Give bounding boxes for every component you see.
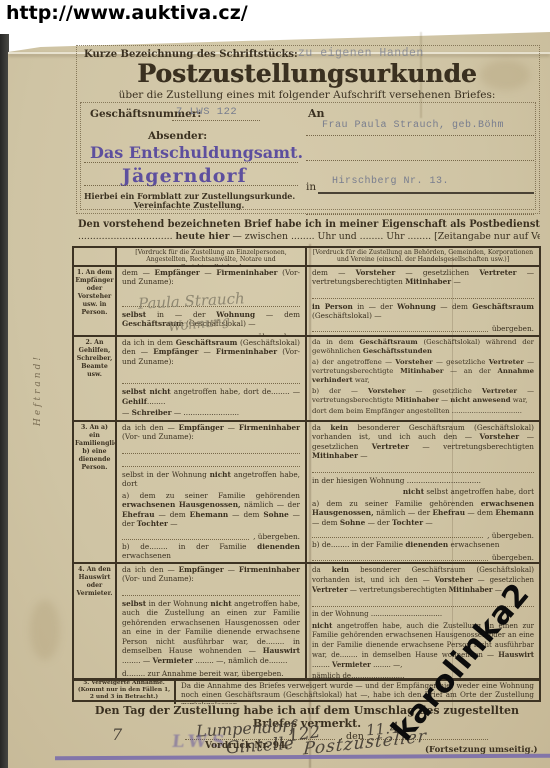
row4-left-c: d........ zur Annahme bereit war, überge… [122,669,300,678]
row3-left-d: b) de........ in der Familie dienenden e… [122,542,300,561]
row3-right-b: in der hiesigen Wohnung ................… [312,476,534,485]
row1-right-a: dem — Vorsteher — gesetzlichen Vertreter… [312,268,534,287]
row3-right-c: nicht selbst angetroffen habe, dort [312,487,534,496]
row3-label: 3. An a) ein Familienglied, b) eine dien… [74,420,115,562]
row2-right-a: da in dem Geschäftsraum (Geschäftslokal)… [312,338,534,356]
fill-line [312,463,534,473]
fill-line [122,586,300,596]
fill-line [312,289,534,299]
row3-right-a: da kein besonderer Geschäftsraum (Geschä… [312,423,534,461]
row1-right-b: in Person in — der Wohnung — dem Geschäf… [312,302,534,321]
row2-left-c: — Schreiber — ........................ [122,408,300,417]
row3-right-cell: da kein besonderer Geschäftsraum (Geschä… [307,420,539,562]
recipient-line [306,123,534,136]
form-subtitle: über die Zustellung eines mit folgender … [76,89,538,101]
handwritten-number: 7 [112,725,122,744]
row3-left-a: da ich den — Empfänger — Firmeninhaber (… [122,423,300,442]
sender-label: Absender: [148,130,207,142]
row1-right-cell: dem — Vorsteher — gesetzlichen Vertreter… [307,265,539,335]
form-number: Vordruck Nr. 94. [205,741,288,751]
row3-right-d: a) dem zu seiner Familie gehörenden erwa… [312,499,534,527]
sender-line2 [84,173,298,186]
row2-left-b: selbst nicht angetroffen habe, dort de..… [122,387,300,406]
row5-text: Da die Annahme des Briefes verweigert wu… [176,678,539,704]
row1-left-a: dem — Empfänger — Firmeninhaber (Vor- un… [122,268,300,287]
blank-line [306,202,534,215]
row2-right-cell: da in dem Geschäftsraum (Geschäftslokal)… [307,335,539,420]
declaration-line2: ................................ heute h… [78,231,540,242]
fill-line [122,444,300,454]
row3-left-c: a) dem zu seiner Familie gehörenden erwa… [122,491,300,529]
stain [30,600,60,660]
auction-url-watermark: http://www.auktiva.cz/ [6,2,248,24]
fill-line [122,374,300,384]
to-label: An [308,107,325,120]
col-header-right: [Vordruck für die Zustellung an Behörden… [307,248,539,265]
row3-left-cell: da ich den — Empfänger — Firmeninhaber (… [117,420,305,562]
row3-right-done: übergeben. [312,552,534,562]
row3-right-d-done: , übergeben. [312,529,534,540]
scanner-edge [0,34,9,768]
row3-right-e: b) de........ in der Familie dienenden e… [312,540,534,549]
row2-right-d: dort dem beim Empfänger angestellten ...… [312,407,534,416]
row2-label: 2. An Gehilfen, Schreiber, Beamte usw. [74,335,115,420]
scanned-document: http://www.auktiva.cz/ Heftrand! Kurze B… [0,0,550,768]
row5-label: 5. Verweigerte Annahme. (Kommt nur in de… [74,678,174,704]
row2-right-b: a) der angetroffene — Vorsteher — gesetz… [312,358,534,385]
row3-left-c-done: , übergeben. [122,531,300,542]
place-line [318,180,534,194]
row1-label: 1. An dem Empfänger oder Vorsteher usw. … [74,265,115,335]
row3-left-b: selbst in der Wohnung nicht angetroffen … [122,470,300,489]
row2-left-cell: da ich in dem Geschäftsraum (Geschäftslo… [117,335,305,420]
row1-right-done: übergeben. [312,323,534,334]
form-title: Postzustellungsurkunde [76,59,538,88]
row4-left-b: selbst in der Wohnung nicht angetroffen … [122,599,300,665]
row4-label: 4. An den Hauswirt oder Vermieter. [74,562,115,678]
declaration-line1: Den vorstehend bezeichneten Brief habe i… [78,219,540,230]
col-header-left: [Vordruck für die Zustellung an Einzelpe… [117,248,305,265]
in-label: in [306,181,316,193]
blank-line [306,148,534,161]
enclosure-note-2: Vereinfachte Zustellung. [84,200,294,210]
sender-line1 [84,150,298,163]
row4-left-cell: da ich den — Empfänger — Firmeninhaber (… [117,562,305,678]
file-number-line [172,108,260,121]
row2-right-c: b) der — Vorsteher — gesetzliche Vertret… [312,387,534,405]
fill-line [122,457,300,467]
row2-left-a: da ich in dem Geschäftsraum (Geschäftslo… [122,338,300,366]
row4-left-a: da ich den — Empfänger — Firmeninhaber (… [122,565,300,584]
margin-binding-note: Heftrand! [33,330,43,426]
